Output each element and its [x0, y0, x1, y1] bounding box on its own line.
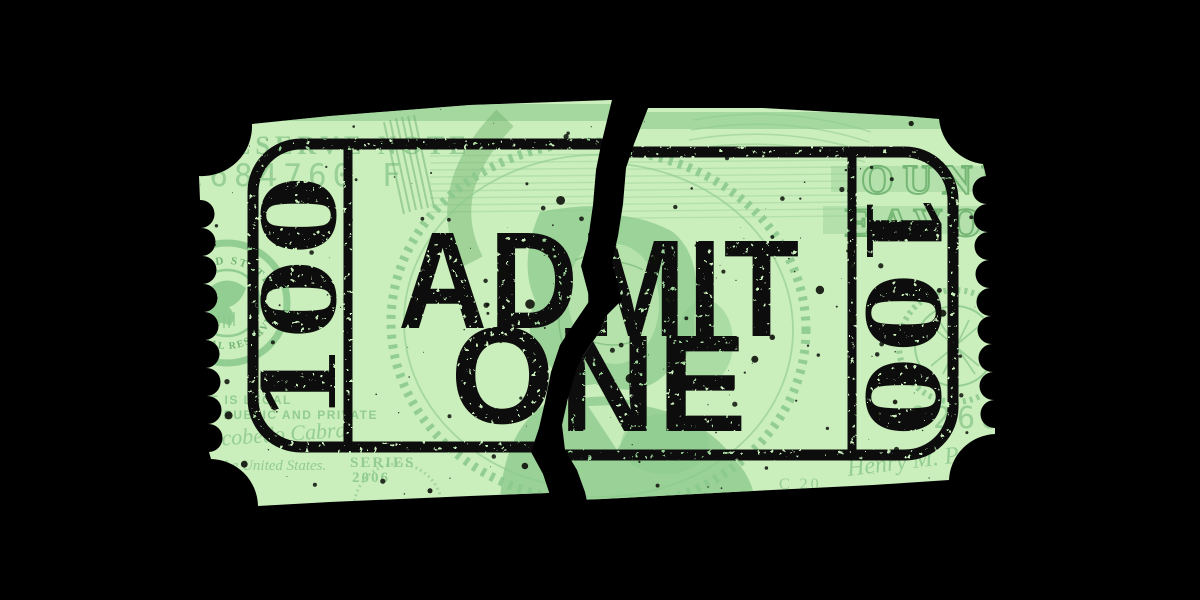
illustration-canvas: FEDERAL RESERVE NOTE 02684760 F OUNDS EA… — [0, 0, 1200, 600]
torn-ticket-illustration: FEDERAL RESERVE NOTE 02684760 F OUNDS EA… — [0, 0, 1200, 600]
